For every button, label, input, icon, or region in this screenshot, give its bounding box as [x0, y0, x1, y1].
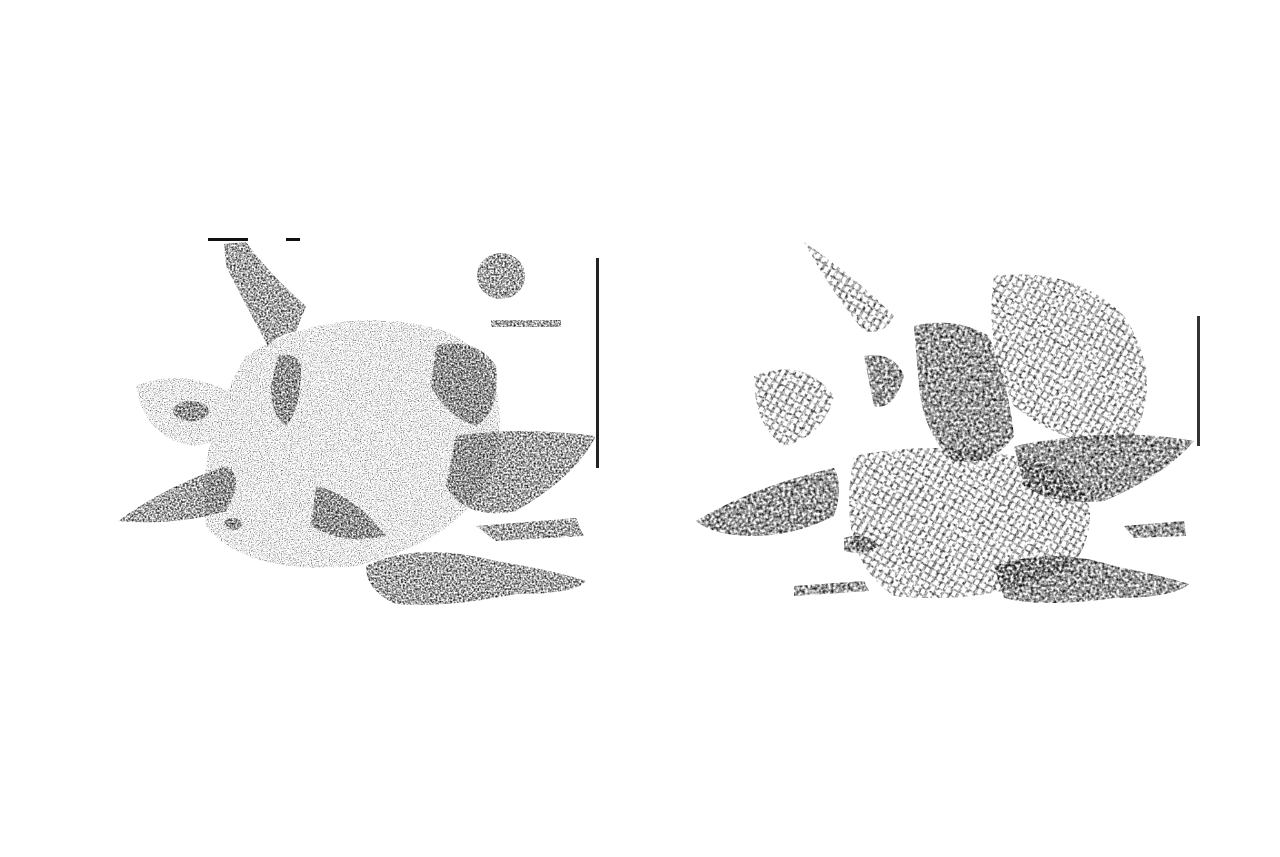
etching-image-left [96, 236, 606, 612]
etching-image-right [694, 236, 1204, 612]
etching-right-drawing [694, 236, 1204, 612]
etching-left-drawing [96, 236, 606, 612]
